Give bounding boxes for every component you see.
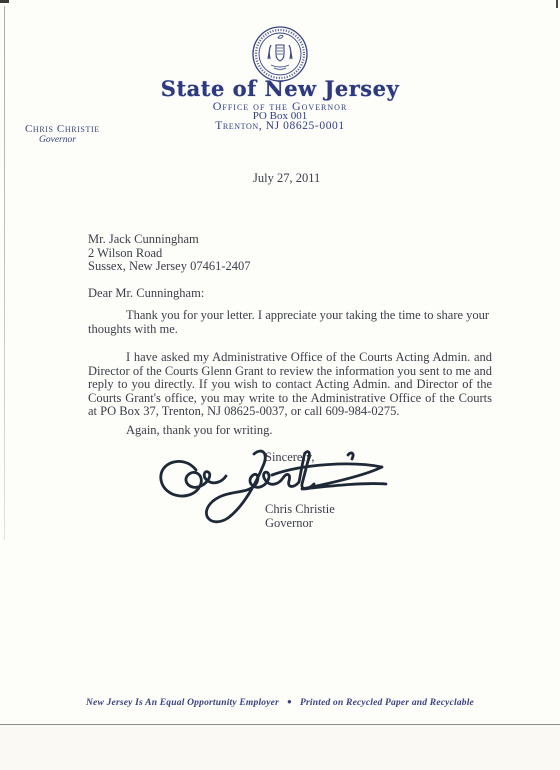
official-name: Chris Christie bbox=[25, 123, 100, 135]
letter-date: July 27, 2011 bbox=[253, 172, 320, 186]
state-seal-icon bbox=[251, 25, 309, 83]
body-paragraph-2: I have asked my Administrative Office of… bbox=[88, 351, 492, 419]
scan-corner-mark-top-left bbox=[0, 0, 9, 3]
body-paragraph-1: Thank you for your letter. I appreciate … bbox=[88, 309, 492, 336]
footer-recycled-text: Printed on Recycled Paper and Recyclable bbox=[300, 698, 474, 708]
official-title: Governor bbox=[39, 135, 100, 145]
body-paragraph-3: Again, thank you for writing. bbox=[88, 424, 492, 438]
recipient-street: 2 Wilson Road bbox=[88, 247, 250, 261]
recipient-name: Mr. Jack Cunningham bbox=[88, 233, 250, 247]
recipient-city: Sussex, New Jersey 07461-2407 bbox=[88, 260, 250, 274]
scanned-letter-page: State of New Jersey Office of the Govern… bbox=[0, 0, 560, 770]
letterhead-state-name: State of New Jersey bbox=[0, 76, 560, 101]
footer-equal-opportunity-text: New Jersey Is An Equal Opportunity Emplo… bbox=[86, 698, 279, 708]
scan-corner-mark-top-right bbox=[556, 0, 558, 8]
official-block: Chris Christie Governor bbox=[25, 123, 100, 145]
scan-area-below-page bbox=[0, 725, 560, 770]
letterhead-seal-wrap bbox=[0, 25, 560, 83]
recipient-address-block: Mr. Jack Cunningham 2 Wilson Road Sussex… bbox=[88, 233, 250, 274]
signer-name: Chris Christie bbox=[265, 503, 335, 517]
footer-separator-dot: ● bbox=[279, 697, 300, 706]
signer-title: Governor bbox=[265, 517, 313, 531]
salutation: Dear Mr. Cunningham: bbox=[88, 287, 204, 301]
footer-line: New Jersey Is An Equal Opportunity Emplo… bbox=[0, 697, 560, 708]
